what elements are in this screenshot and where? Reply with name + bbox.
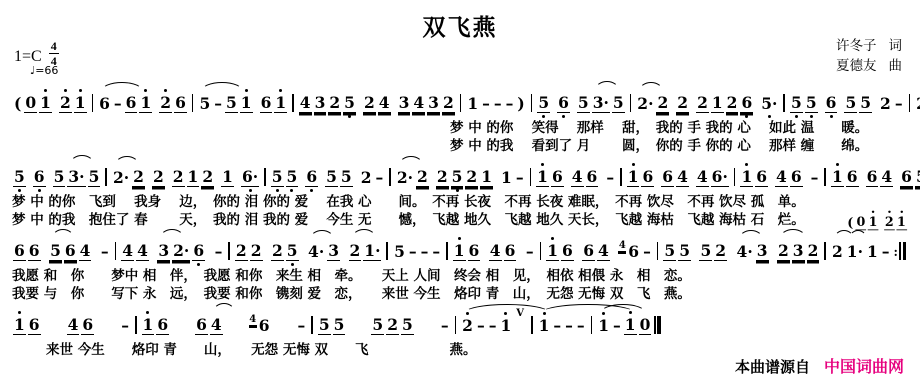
barline bbox=[105, 168, 107, 186]
beat-gap bbox=[153, 119, 158, 120]
note: 0 bbox=[24, 87, 37, 120]
note: 1 bbox=[499, 310, 512, 342]
lyrics-line-1: 我愿 和 你 梦中 相 伴， 我愿 和你 来生 相 牵。 天上 人间 终会 相 … bbox=[12, 268, 908, 286]
note: 1 bbox=[711, 87, 724, 120]
octave-dot-high bbox=[551, 237, 554, 240]
note: 1 bbox=[221, 161, 234, 194]
slur-arc bbox=[115, 156, 139, 165]
note: 5 bbox=[340, 161, 353, 194]
duration-dash: – bbox=[525, 236, 535, 268]
note: 2 bbox=[831, 236, 844, 268]
note: 4 bbox=[571, 161, 584, 194]
notation-row: (01216–61265–516143252434321–––)5653·52·… bbox=[12, 86, 908, 120]
note: 4 bbox=[210, 309, 223, 342]
octave-dot-low bbox=[830, 115, 833, 118]
note: 5 bbox=[286, 235, 299, 268]
octave-dot-low bbox=[810, 115, 813, 118]
barline bbox=[657, 242, 659, 260]
note: 6 bbox=[156, 309, 169, 342]
barline bbox=[783, 94, 785, 112]
note: 4 bbox=[775, 161, 788, 194]
note: 1 bbox=[831, 161, 844, 194]
octave-dot-high bbox=[245, 89, 248, 92]
octave-dot-low bbox=[38, 189, 41, 192]
composer-role: 曲 bbox=[889, 56, 903, 76]
note: 5 bbox=[49, 235, 62, 268]
beat-gap bbox=[728, 267, 734, 268]
duration-dash: – bbox=[493, 88, 503, 120]
barline bbox=[264, 168, 266, 186]
barline bbox=[734, 168, 736, 186]
barline bbox=[531, 94, 533, 112]
note: 6 bbox=[561, 235, 574, 268]
note: 4 bbox=[67, 309, 80, 342]
octave-dot-high bbox=[632, 163, 635, 166]
lyrics-line-2: 梦 中 的我 抱住了 春 天， 我的 泪 我的 爱 今生 无 憾， 飞越 地久 … bbox=[12, 212, 908, 230]
note: 6 bbox=[28, 309, 41, 342]
barline bbox=[115, 242, 117, 260]
paren: ) bbox=[516, 88, 525, 120]
source-prefix: 本曲谱源自 bbox=[735, 356, 810, 377]
note: 2· bbox=[172, 235, 190, 268]
score: (01216–61265–516143252434321–––)5653·52·… bbox=[0, 84, 920, 360]
note: 3· bbox=[67, 161, 85, 194]
note: 4 bbox=[880, 161, 893, 194]
key-signature: 1=C44 bbox=[14, 40, 59, 67]
duration-dash: – bbox=[420, 236, 430, 268]
note: 2 bbox=[235, 235, 248, 268]
lyrics-line-1: 梦 中 的你 飞到 我身 边， 你的 泪 你的 爱 在我 心 间。 不再 长夜 … bbox=[12, 194, 908, 212]
note: 3 bbox=[157, 235, 170, 268]
octave-dot-high bbox=[144, 89, 147, 92]
note: 5 bbox=[13, 161, 26, 194]
slur-arc bbox=[352, 229, 376, 238]
octave-dot-high bbox=[458, 237, 461, 240]
note: 1 bbox=[866, 236, 879, 268]
duration-dash: – bbox=[408, 236, 418, 268]
note: 4 bbox=[696, 161, 709, 194]
note: 5 bbox=[225, 87, 238, 120]
note: 5 bbox=[805, 87, 818, 120]
duration-dash: – bbox=[375, 162, 385, 194]
lyrics-line-2: 我要 与 你 写下 永 远， 我要 和你 镌刻 爱 恋， 来世 今生 烙印 青 … bbox=[12, 286, 908, 304]
octave-dot-high bbox=[541, 163, 544, 166]
note: 6 bbox=[641, 161, 654, 194]
octave-dot-high bbox=[18, 311, 21, 314]
note: 6 bbox=[258, 310, 271, 342]
system-4: 1646–166446–55525–2––1V1–––1–10来世 今生 烙印 … bbox=[12, 308, 908, 360]
note: 2 bbox=[676, 87, 689, 120]
octave-dot-low bbox=[562, 115, 565, 118]
barline bbox=[591, 316, 593, 334]
note: 3 bbox=[398, 87, 411, 120]
duration-dash: – bbox=[552, 310, 562, 342]
note: 6 bbox=[81, 309, 94, 342]
slur-arc bbox=[213, 303, 235, 312]
lyricist-name: 许冬子 bbox=[836, 36, 877, 56]
note: 1 bbox=[240, 87, 253, 120]
note: 6 bbox=[551, 161, 564, 194]
note: 5 bbox=[790, 87, 803, 120]
note: 5 bbox=[53, 161, 66, 194]
octave-dot-high bbox=[146, 311, 149, 314]
slur-arc bbox=[52, 229, 74, 238]
barline bbox=[311, 316, 313, 334]
note: 6 bbox=[661, 161, 674, 194]
note: 2 bbox=[442, 87, 455, 120]
note: 3 bbox=[327, 235, 340, 268]
duration-dash: – bbox=[605, 162, 615, 194]
note: 6 bbox=[504, 235, 517, 268]
octave-dot-high bbox=[889, 211, 891, 213]
note: 6 bbox=[305, 161, 318, 194]
note: 1 bbox=[500, 162, 513, 194]
note: 6· bbox=[241, 161, 259, 194]
note: 5 bbox=[537, 87, 550, 120]
note: 6 bbox=[790, 161, 803, 194]
octave-dot-high bbox=[164, 89, 167, 92]
octave-dot-low bbox=[276, 189, 279, 192]
note: 5 bbox=[844, 87, 857, 120]
note: 6· bbox=[711, 161, 729, 194]
duration-dash: – bbox=[515, 162, 525, 194]
octave-dot-low bbox=[290, 189, 293, 192]
note: 2 bbox=[777, 235, 790, 268]
barline bbox=[386, 242, 388, 260]
note: 2 bbox=[416, 161, 429, 194]
note: 5 bbox=[371, 309, 384, 342]
note: 2 bbox=[172, 161, 185, 194]
song-title: 双飞燕 bbox=[0, 0, 920, 42]
notation-row: 66564–4432·6–22254·321·5–––1646–166446–5… bbox=[12, 234, 908, 268]
note: 6 bbox=[468, 235, 481, 268]
note: 4· bbox=[307, 236, 325, 268]
note: 2 bbox=[465, 161, 478, 194]
octave-dot-low bbox=[197, 263, 200, 266]
beat-gap bbox=[692, 267, 698, 268]
note: 2 bbox=[360, 162, 373, 194]
note: 1 bbox=[740, 161, 753, 194]
note: 3· bbox=[592, 87, 610, 120]
note: 3 bbox=[314, 87, 327, 120]
note: 6 bbox=[33, 161, 46, 194]
note: 5 bbox=[663, 235, 676, 268]
slur-arc bbox=[464, 304, 550, 313]
time-signature: 44 bbox=[49, 40, 59, 67]
note: 5 bbox=[451, 161, 464, 194]
note: 6 bbox=[125, 87, 138, 120]
time-numerator: 4 bbox=[49, 40, 59, 54]
note: 3 bbox=[756, 235, 769, 268]
note: 2 bbox=[201, 161, 214, 194]
duration-dash: – bbox=[296, 310, 306, 342]
note: 2 bbox=[714, 235, 727, 268]
note: 4 bbox=[136, 235, 149, 268]
duration-dash: – bbox=[488, 310, 498, 342]
grace-note: 4 bbox=[249, 307, 257, 334]
note: 1 bbox=[624, 309, 637, 342]
note: 4 bbox=[299, 87, 312, 120]
slur-arc bbox=[399, 156, 423, 165]
beat-gap bbox=[860, 193, 865, 194]
note: 4· bbox=[736, 236, 754, 268]
duration-dash: – bbox=[505, 88, 515, 120]
octave-dot-low bbox=[456, 189, 459, 192]
slur-arc bbox=[310, 230, 334, 239]
note: 1 bbox=[142, 309, 155, 342]
note: 6 bbox=[866, 161, 879, 194]
note: 1 bbox=[597, 310, 610, 342]
note: 2 bbox=[656, 87, 669, 120]
note: 5 bbox=[612, 87, 625, 120]
beat-gap bbox=[357, 119, 362, 120]
note: 1 bbox=[39, 87, 52, 120]
barline bbox=[192, 94, 194, 112]
note: 6 bbox=[900, 161, 913, 194]
note: 2 bbox=[250, 235, 263, 268]
note: 2 bbox=[159, 87, 172, 120]
note: 2 bbox=[132, 161, 145, 194]
paren: ( bbox=[13, 88, 22, 120]
note: 1 bbox=[453, 235, 466, 268]
note: 5 bbox=[318, 309, 331, 342]
note: 2 bbox=[363, 87, 376, 120]
barline bbox=[455, 316, 457, 334]
system-2: 5653·52·2221216·556552–2·225211–1646–166… bbox=[12, 160, 908, 229]
octave-dot-high bbox=[872, 211, 874, 213]
duration-dash: – bbox=[612, 310, 622, 342]
note: 5· bbox=[760, 88, 778, 120]
note: 2 bbox=[885, 209, 895, 236]
note: 1 bbox=[627, 161, 640, 194]
duration-dash: – bbox=[431, 236, 441, 268]
duration-dash: – bbox=[476, 310, 486, 342]
barline bbox=[540, 242, 542, 260]
note: 4 bbox=[79, 235, 92, 268]
note: 2· bbox=[112, 162, 130, 194]
duration-dash: – bbox=[576, 310, 586, 342]
duration-dash: – bbox=[213, 88, 223, 120]
key-label: 1=C bbox=[14, 48, 42, 65]
tempo-marking: ♩=66 bbox=[30, 64, 58, 77]
composer-name: 夏德友 bbox=[836, 56, 877, 76]
octave-dot-high bbox=[44, 89, 47, 92]
note: 1 bbox=[538, 310, 551, 342]
note: 5 bbox=[678, 235, 691, 268]
note: 1 bbox=[274, 87, 287, 120]
breath-mark: V bbox=[514, 311, 526, 342]
duration-dash: – bbox=[564, 310, 574, 342]
note: 5 bbox=[393, 236, 406, 268]
duration-dash: – bbox=[100, 236, 110, 268]
octave-dot-low bbox=[745, 115, 748, 118]
barline bbox=[292, 94, 294, 112]
note: 6 bbox=[260, 87, 273, 120]
slur-arc bbox=[739, 230, 763, 239]
grace-note: 4 bbox=[618, 233, 626, 260]
barline bbox=[531, 316, 533, 334]
note: 5 bbox=[915, 161, 920, 194]
note: 5 bbox=[859, 87, 872, 120]
note: 1 bbox=[139, 87, 152, 120]
note: 1 bbox=[546, 235, 559, 268]
duration-dash: – bbox=[120, 310, 130, 342]
note: 6 bbox=[825, 87, 838, 120]
note: 5 bbox=[401, 309, 414, 342]
note: 2 bbox=[152, 161, 165, 194]
note: 2 bbox=[807, 235, 820, 268]
note: 2 bbox=[349, 235, 362, 268]
note: 1 bbox=[187, 161, 200, 194]
note: 2 bbox=[271, 235, 284, 268]
note: 5 bbox=[343, 87, 356, 120]
note: 2 bbox=[461, 310, 474, 342]
slur-arc bbox=[160, 229, 184, 238]
duration-dash: – bbox=[113, 88, 123, 120]
octave-dot-low bbox=[291, 263, 294, 266]
lyrics-line-1: 梦 中 的你 笑得 那样 甜， 我的 手 我的 心 如此 温 暖。 bbox=[12, 120, 908, 138]
note: 1 bbox=[74, 87, 87, 120]
slur-arc bbox=[70, 155, 94, 164]
barline bbox=[824, 242, 826, 260]
barline bbox=[460, 94, 462, 112]
notation-row: 5653·52·2221216·556552–2·225211–1646–166… bbox=[12, 160, 908, 194]
barline bbox=[389, 168, 391, 186]
duration-dash: – bbox=[894, 88, 904, 120]
beat-gap bbox=[392, 119, 397, 120]
note: 2 bbox=[879, 88, 892, 120]
note: 2· bbox=[915, 88, 920, 120]
note: 1 bbox=[536, 161, 549, 194]
note: 6 bbox=[13, 235, 26, 268]
duration-dash: – bbox=[214, 236, 224, 268]
note: 1 bbox=[466, 88, 479, 120]
octave-dot-high bbox=[79, 89, 82, 92]
beat-gap bbox=[53, 119, 58, 120]
note: 0 bbox=[639, 309, 652, 342]
footer: 本曲谱源自 中国词曲网 bbox=[735, 354, 904, 377]
note: 2· bbox=[636, 88, 654, 120]
note: 2 bbox=[59, 87, 72, 120]
note: 3 bbox=[427, 87, 440, 120]
barline bbox=[446, 242, 448, 260]
octave-dot-high bbox=[901, 211, 903, 213]
duration-dash: – bbox=[881, 236, 891, 268]
octave-dot-low bbox=[249, 189, 252, 192]
note: 6 bbox=[755, 161, 768, 194]
note: 6 bbox=[740, 87, 753, 120]
note: 6 bbox=[582, 235, 595, 268]
barline bbox=[530, 168, 532, 186]
octave-dot-low bbox=[348, 115, 351, 118]
final-barline bbox=[654, 316, 661, 334]
note: 6 bbox=[192, 235, 205, 268]
note: 5 bbox=[325, 161, 338, 194]
note: 2· bbox=[396, 162, 414, 194]
barline bbox=[228, 242, 230, 260]
note: 4 bbox=[597, 235, 610, 268]
header: 双飞燕 1=C44 ♩=66 许冬子 词 夏德友 曲 bbox=[0, 0, 920, 84]
repeat-end-barline: : bbox=[894, 242, 907, 260]
note: 5 bbox=[699, 235, 712, 268]
note: 4 bbox=[676, 161, 689, 194]
barline bbox=[92, 94, 94, 112]
system-1: (01216–61265–516143252434321–––)5653·52·… bbox=[12, 86, 908, 155]
note: 6 bbox=[64, 235, 77, 268]
note: 1 bbox=[480, 161, 493, 194]
note: 5 bbox=[198, 88, 211, 120]
beat-gap bbox=[770, 267, 776, 268]
note: 2 bbox=[696, 87, 709, 120]
duration-dash: – bbox=[810, 162, 820, 194]
octave-dot-low bbox=[768, 115, 771, 118]
octave-dot-low bbox=[310, 189, 313, 192]
octave-dot-high bbox=[64, 89, 67, 92]
octave-dot-high bbox=[279, 89, 282, 92]
source-site-link[interactable]: 中国词曲网 bbox=[824, 354, 904, 377]
duration-dash: – bbox=[440, 310, 450, 342]
note: 2 bbox=[436, 161, 449, 194]
note: 5 bbox=[88, 161, 101, 194]
note: 6 bbox=[846, 161, 859, 194]
system-3: 66564–4432·6–22254·321·5–––1646–166446–5… bbox=[12, 234, 908, 303]
note: 6 bbox=[98, 88, 111, 120]
note: 5 bbox=[271, 161, 284, 194]
note: 4 bbox=[412, 87, 425, 120]
note: 5 bbox=[286, 161, 299, 194]
note: 2 bbox=[726, 87, 739, 120]
octave-dot-low bbox=[542, 115, 545, 118]
duration-dash: – bbox=[481, 88, 491, 120]
note: 4 bbox=[378, 87, 391, 120]
lyricist-credit: 许冬子 词 bbox=[836, 36, 902, 56]
note: 6 bbox=[28, 235, 41, 268]
beat-gap bbox=[254, 119, 259, 120]
composer-credit: 夏德友 曲 bbox=[836, 56, 902, 76]
slur-arc bbox=[780, 229, 806, 238]
barline bbox=[824, 168, 826, 186]
note: 4 bbox=[121, 235, 134, 268]
note: 1· bbox=[846, 236, 864, 268]
note: 2 bbox=[386, 309, 399, 342]
note: 5 bbox=[577, 87, 590, 120]
beat-gap bbox=[894, 193, 899, 194]
notation-row: 1646–166446–55525–2––1V1–––1–10 bbox=[12, 308, 765, 342]
note: 6 bbox=[586, 161, 599, 194]
barline bbox=[909, 94, 911, 112]
credits: 许冬子 词 夏德友 曲 bbox=[836, 36, 902, 76]
octave-dot-low bbox=[795, 115, 798, 118]
note: 1 bbox=[13, 309, 26, 342]
barline bbox=[135, 316, 137, 334]
lyrics-line-2: 梦 中 的我 看到了 月 圆， 你的 手 你的 心 那样 缠 绵。 bbox=[12, 138, 908, 156]
lyricist-role: 词 bbox=[889, 36, 903, 56]
note: 1 bbox=[897, 209, 907, 236]
note: 1· bbox=[363, 235, 381, 268]
note: 3 bbox=[792, 235, 805, 268]
octave-dot-high bbox=[836, 163, 839, 166]
barline bbox=[630, 94, 632, 112]
note: 6 bbox=[627, 236, 640, 268]
duration-dash: – bbox=[642, 236, 652, 268]
note: 6 bbox=[174, 87, 187, 120]
octave-dot-low bbox=[18, 189, 21, 192]
note: 6 bbox=[195, 309, 208, 342]
beat-gap bbox=[873, 119, 878, 120]
slur-arc bbox=[600, 304, 646, 313]
sheet-music-page: { "accent_color": "#e6007e", "header": {… bbox=[0, 0, 920, 385]
barline bbox=[620, 168, 622, 186]
